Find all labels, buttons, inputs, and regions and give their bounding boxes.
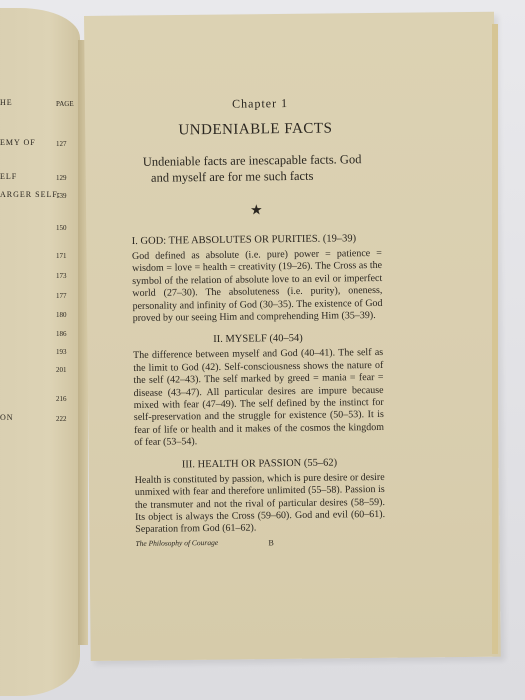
section-heading-health: III. HEALTH OR PASSION (55–62) [134, 457, 384, 471]
footer-book-title: The Philosophy of Courage [135, 538, 218, 548]
toc-entry-page: 127 [56, 140, 67, 148]
section-body-god: God defined as absolute (i.e. pure) powe… [132, 248, 383, 325]
toc-entry-text: ARGER SELF: [0, 190, 61, 199]
toc-entry-text: HE [0, 98, 13, 107]
epigraph: Undeniable facts are inescapable facts. … [143, 151, 381, 186]
epigraph-line-1: Undeniable facts are inescapable facts. … [143, 152, 362, 169]
toc-entry-page: 177 [56, 292, 67, 300]
toc-entry-page: 139 [56, 192, 67, 200]
chapter-title: UNDENIABLE FACTS [130, 120, 380, 140]
toc-entry-page: 173 [56, 272, 67, 280]
section-body-health: Health is constituted by passion, which … [135, 472, 386, 537]
toc-entry-page: 171 [56, 252, 67, 260]
toc-entry-page: 180 [56, 311, 67, 319]
epigraph-line-2: and myself are for me such facts [143, 167, 381, 186]
toc-entry-page: 193 [56, 348, 67, 356]
footer-signature-mark: B [268, 538, 273, 547]
toc-entry-page: 222 [56, 415, 67, 423]
toc-entry-page: 150 [56, 224, 67, 232]
section-body-myself: The difference between myself and God (4… [133, 347, 384, 449]
left-page [0, 8, 80, 696]
toc-entry-text: ON [0, 413, 14, 422]
toc-entry-page: 201 [56, 366, 67, 374]
toc-entry-page: PAGE [56, 100, 74, 108]
chapter-content: Chapter 1 UNDENIABLE FACTS Undeniable fa… [130, 95, 385, 548]
star-ornament-icon: ★ [131, 201, 381, 220]
toc-entry-page: 186 [56, 330, 67, 338]
toc-entry-page: 129 [56, 174, 67, 182]
section-heading-god: I. GOD: THE ABSOLUTES OR PURITIES. (19–3… [132, 233, 382, 247]
section-heading-myself: II. MYSELF (40–54) [133, 332, 383, 346]
toc-entry-page: 216 [56, 395, 67, 403]
toc-entry-text: EMY OF [0, 138, 36, 147]
page-block-edge [492, 24, 498, 654]
toc-entry-text: ELF [0, 172, 17, 181]
chapter-label: Chapter 1 [140, 95, 380, 113]
